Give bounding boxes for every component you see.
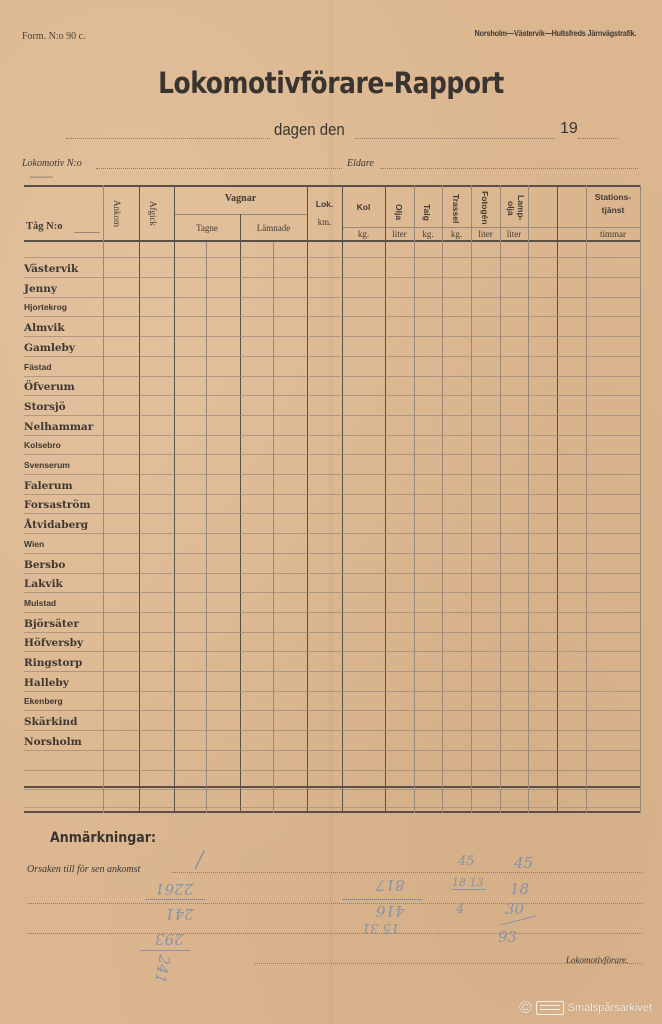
station-name: Västervik — [24, 263, 78, 275]
row-rule — [24, 750, 641, 751]
date-label: dagen den — [274, 120, 345, 140]
handwriting-left-3: 293 — [155, 930, 184, 948]
copyright-icon: © — [519, 998, 532, 1018]
col-station-service-unit: timmar — [586, 229, 640, 239]
row-rule — [24, 612, 641, 613]
col-departure: Afgick — [148, 191, 158, 235]
station-name: Ekenberg — [24, 696, 63, 706]
train-number-label: Tåg N:o — [26, 221, 76, 232]
station-name: Hjortekrog — [24, 302, 67, 312]
col-kerosene-unit: liter — [471, 229, 500, 239]
col-coal-unit: kg. — [342, 229, 385, 239]
watermark-text: Smalspårsarkivet — [568, 1002, 652, 1014]
report-form-paper: Form. N:o 90 c. Norsholm—Västervik—Hults… — [0, 0, 662, 1024]
row-rule — [24, 415, 641, 416]
station-name: Norsholm — [24, 736, 82, 748]
station-name: Svenserum — [24, 460, 70, 470]
station-name: Björsäter — [24, 618, 79, 630]
row-rule — [24, 395, 641, 396]
col-wagons-left: Lämnade — [240, 223, 307, 233]
stoker-label: Eldare — [347, 158, 374, 169]
row-rule — [24, 710, 641, 711]
handwriting-col-a-2: 18 13 — [452, 876, 486, 890]
col-oil: Olja — [394, 197, 404, 227]
station-name: Kolsebro — [24, 440, 61, 450]
row-rule — [24, 297, 641, 298]
signature-label: Lokomotivförare. — [566, 955, 628, 965]
year-field-line[interactable] — [578, 138, 618, 139]
col-arrival: Ankom — [112, 191, 122, 235]
col-tallow-unit: kg. — [414, 229, 442, 239]
remarks-line-1[interactable] — [28, 903, 642, 904]
remarks-heading: Anmärkningar: — [50, 830, 156, 846]
locomotive-number-line[interactable] — [96, 168, 342, 169]
col-waste: Trassel — [451, 191, 461, 227]
station-name: Almvik — [24, 322, 65, 334]
col-tallow: Talg — [422, 197, 432, 227]
station-name: Jenny — [24, 283, 57, 295]
row-rule — [24, 435, 641, 436]
station-name: Wien — [24, 539, 44, 549]
row-rule — [24, 671, 641, 672]
row-rule — [24, 573, 641, 574]
row-rule — [24, 730, 641, 731]
printer-mark: ▬▬▬▬▬▬▬▬ — [30, 175, 53, 179]
report-table: Tåg N:o Ankom Afgick Vagnar Tagne Lämnad… — [24, 185, 641, 813]
handwriting-left-1: 2261 — [155, 880, 193, 898]
col-lamp-oil: Lamp-olja — [504, 189, 526, 227]
locomotive-number-label: Lokomotiv N:o — [22, 158, 82, 169]
station-name: Fästad — [24, 362, 51, 372]
handwriting-col-b-3: 30 — [505, 900, 524, 918]
railway-company-name: Norsholm—Västervik—Hultsfreds Järnvägstr… — [474, 28, 636, 38]
col-lok-km-top: Lok. — [307, 199, 342, 209]
year-prefix: 19 — [560, 120, 578, 138]
page-title: Lokomotivförare-Rapport — [46, 66, 615, 100]
date-field-line[interactable] — [355, 138, 555, 139]
handwriting-slash: / — [196, 848, 203, 873]
handwriting-mid-3: 15 31 — [362, 920, 399, 935]
col-station-service: Stations-tjänst — [586, 191, 640, 217]
row-rule — [24, 257, 641, 258]
station-name: Öfverum — [24, 381, 75, 393]
row-rule — [24, 454, 641, 455]
col-lok-km-bottom: km. — [307, 217, 342, 227]
handwriting-col-a-3: 4 — [456, 902, 464, 917]
handwriting-mid-1: 817 — [376, 876, 405, 894]
row-rule — [24, 789, 641, 790]
row-rule — [24, 651, 641, 652]
station-name: Höfversby — [24, 637, 83, 649]
handwriting-left-4: 241 — [151, 953, 174, 984]
handwriting-col-a-1: 45 — [458, 854, 475, 869]
row-rule — [24, 513, 641, 514]
station-name: Gamleby — [24, 342, 75, 354]
station-name: Lakvik — [24, 578, 63, 590]
station-name: Ringstorp — [24, 657, 82, 669]
form-number: Form. N:o 90 c. — [22, 31, 86, 42]
handwriting-left-2: 241 — [165, 905, 194, 923]
station-name: Falerum — [24, 480, 73, 492]
train-icon — [536, 1001, 564, 1015]
row-rule — [24, 533, 641, 534]
row-rule — [24, 474, 641, 475]
col-coal: Kol — [342, 202, 385, 212]
station-name: Mulstad — [24, 598, 56, 608]
handwriting-mid-2: 416 — [376, 902, 405, 920]
row-rule — [24, 356, 641, 357]
row-rule — [24, 316, 641, 317]
row-rule — [24, 494, 641, 495]
station-name: Forsaström — [24, 499, 91, 511]
row-rule — [24, 632, 641, 633]
row-rule — [24, 770, 641, 771]
col-kerosene: Fotogén — [480, 189, 490, 227]
station-name: Storsjö — [24, 401, 66, 413]
station-name: Åtvidaberg — [24, 519, 88, 531]
date-prefix-line — [66, 138, 270, 139]
station-name: Bersbo — [24, 559, 65, 571]
station-name: Skärkind — [24, 716, 77, 728]
col-oil-unit: liter — [385, 229, 414, 239]
stoker-line[interactable] — [380, 168, 638, 169]
handwriting-col-b-2: 18 — [510, 880, 529, 898]
station-name: Nelhammar — [24, 421, 93, 433]
row-rule — [24, 691, 641, 692]
row-rule — [24, 592, 641, 593]
remarks-line-2[interactable] — [28, 933, 642, 934]
handwriting-col-b-4: 93 — [498, 928, 517, 946]
col-lamp-oil-unit: liter — [500, 229, 528, 239]
col-waste-unit: kg. — [442, 229, 471, 239]
col-wagons: Vagnar — [174, 193, 307, 204]
row-rule — [24, 336, 641, 337]
col-wagons-taken: Tagne — [174, 223, 240, 233]
handwriting-col-b-1: 45 — [514, 854, 533, 872]
totals-row-rule — [24, 807, 641, 808]
row-rule — [24, 553, 641, 554]
station-name: Halleby — [24, 677, 69, 689]
late-reason-line[interactable] — [172, 872, 642, 873]
row-rule — [24, 376, 641, 377]
row-rule — [24, 277, 641, 278]
late-reason-label: Orsaken till för sen ankomst — [27, 864, 140, 875]
watermark: © Smalspårsarkivet — [519, 998, 652, 1018]
